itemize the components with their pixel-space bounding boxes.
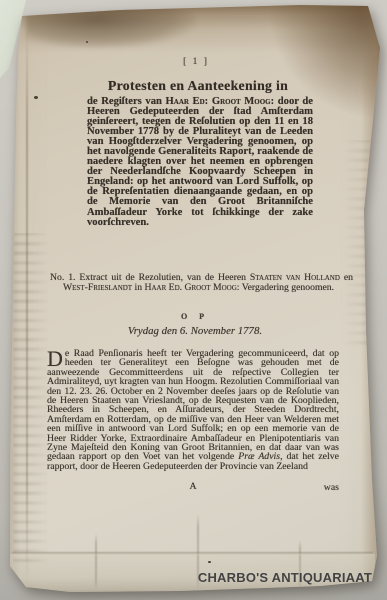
extract-smallcaps2: West-Frieslandt [63, 282, 132, 293]
main-title: Protesten en Aanteekening in [82, 78, 314, 94]
body-paragraph: De Raad Penſionaris heeft ter Vergaderin… [47, 349, 339, 471]
op-separator: O P [50, 312, 340, 321]
page-number: [ 1 ] [140, 57, 252, 67]
document-page: [ 1 ] Protesten en Aanteekening in de Re… [0, 0, 387, 600]
title-seg2: door de Heeren Gedeputeerden der ſtad Am… [87, 96, 313, 228]
extract-heading: No. 1. Extract uit de Rezolutien, van de… [50, 273, 353, 293]
body-seg1: e Raad Penſionaris heeft ter Vergadering… [47, 348, 339, 462]
date-line: Vrydag den 6. November 1778. [50, 325, 340, 337]
extract-seg2: en [340, 272, 353, 283]
drop-cap: D [47, 349, 65, 367]
signature-row: A was [47, 481, 339, 492]
photo-background: [ 1 ] Protesten en Aanteekening in de Re… [0, 0, 387, 600]
catchword: was [324, 482, 339, 493]
printed-content: [ 1 ] Protesten en Aanteekening in de Re… [0, 0, 387, 600]
title-text: de Regiſters van Haar Ed: Groot Moog: do… [87, 97, 313, 228]
extract-smallcaps3: Haar Ed. Groot Moog: [144, 282, 239, 293]
bookseller-watermark: CHARBO'S ANTIQUARIAAT [198, 570, 372, 585]
extract-seg4: Vergadering genoomen. [239, 282, 334, 293]
signature-mark: A [47, 481, 339, 492]
extract-seg3: in [132, 282, 144, 293]
